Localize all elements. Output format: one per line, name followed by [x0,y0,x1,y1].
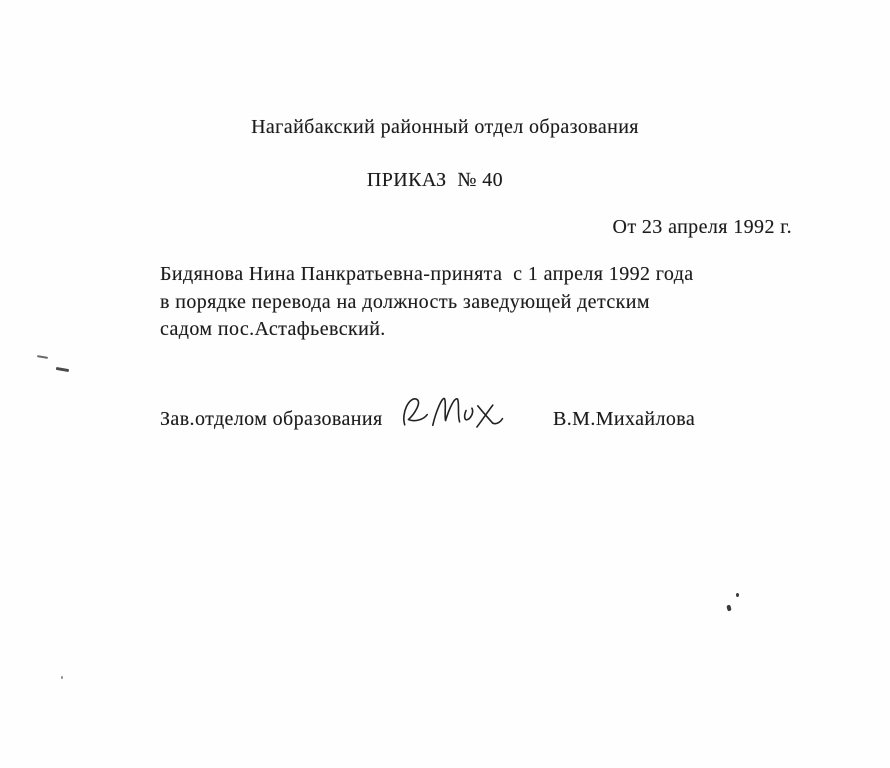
body-line: садом пос.Астафьевский. [160,316,694,344]
scan-artifact-speck [726,605,731,612]
order-body-paragraph: Бидянова Нина Панкратьевна-принята с 1 а… [160,261,694,344]
scan-artifact-dash [37,355,48,359]
scan-artifact-dash [56,367,69,372]
handwritten-signature-icon [397,381,518,439]
org-title: Нагайбакский районный отдел образования [0,116,890,139]
order-date: От 23 апреля 1992 г. [612,216,792,239]
order-number-heading: ПРИКАЗ № 40 [0,169,870,192]
scanned-order-document: Нагайбакский районный отдел образования … [0,0,890,768]
signature-position-label: Зав.отделом образования [160,408,383,431]
scan-artifact-speck [61,676,63,679]
body-line: Бидянова Нина Панкратьевна-принята с 1 а… [160,261,694,289]
signature-name: В.М.Михайлова [553,408,695,431]
body-line: в порядке перевода на должность заведующ… [160,289,694,317]
scan-artifact-speck [736,593,739,597]
